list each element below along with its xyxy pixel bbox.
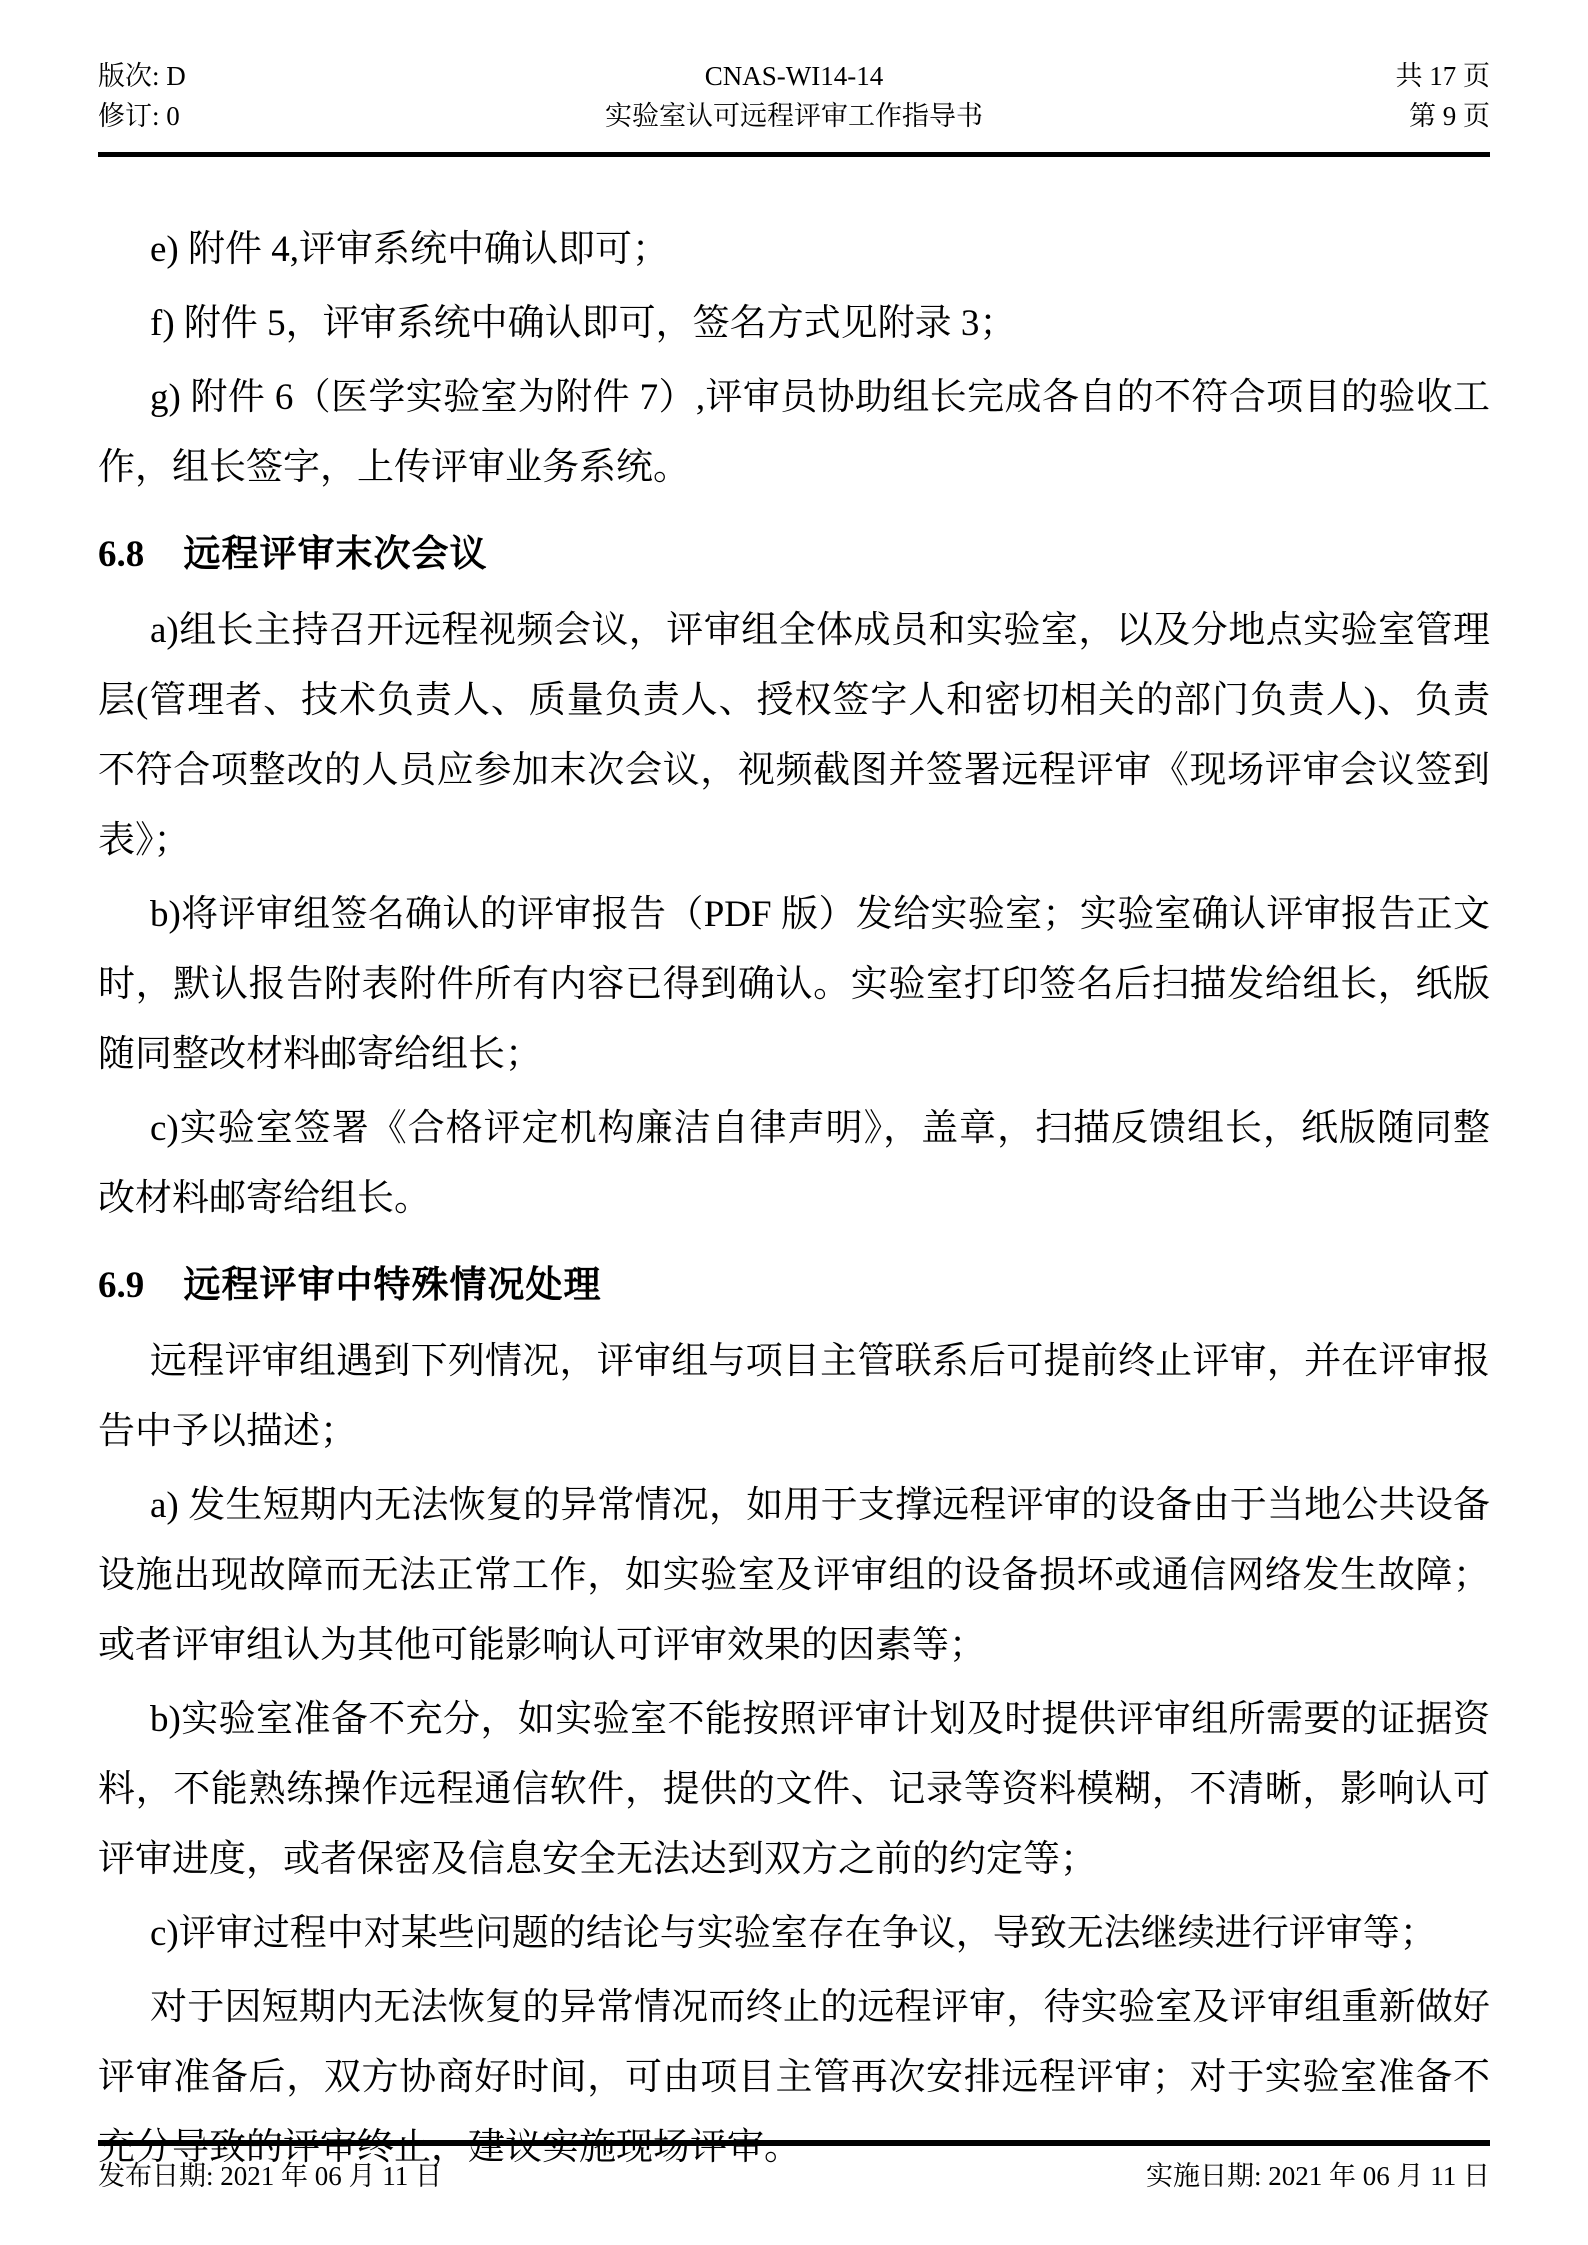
section-heading-6-8: 6.8 远程评审末次会议	[98, 519, 1490, 590]
header-doc-number: CNAS-WI14-14	[705, 56, 883, 96]
footer-divider	[98, 2140, 1490, 2146]
paragraph-6-9-final: 对于因短期内无法恢复的异常情况而终止的远程评审，待实验室及评审组重新做好评审准备…	[98, 1973, 1490, 2183]
header-pages-total: 共 17 页	[883, 56, 1490, 96]
header-divider	[98, 152, 1490, 157]
document-page: 版次: D CNAS-WI14-14 共 17 页 修订: 0 实验室认可远程评…	[0, 0, 1588, 2245]
header-row-1: 版次: D CNAS-WI14-14 共 17 页	[98, 56, 1490, 96]
section-heading-6-9: 6.9 远程评审中特殊情况处理	[98, 1250, 1490, 1321]
section-title-6-9: 远程评审中特殊情况处理	[184, 1264, 602, 1305]
paragraph-6-9-b: b)实验室准备不充分，如实验室不能按照评审计划及时提供评审组所需要的证据资料，不…	[98, 1685, 1490, 1895]
paragraph-6-8-c: c)实验室签署《合格评定机构廉洁自律声明》，盖章，扫描反馈组长，纸版随同整改材料…	[98, 1094, 1490, 1234]
section-number-6-8: 6.8	[98, 534, 144, 575]
paragraph-6-9-a: a) 发生短期内无法恢复的异常情况，如用于支撑远程评审的设备由于当地公共设备设施…	[98, 1471, 1490, 1681]
paragraph-6-9-c: c)评审过程中对某些问题的结论与实验室存在争议，导致无法继续进行评审等；	[98, 1899, 1490, 1969]
document-body: e) 附件 4,评审系统中确认即可； f) 附件 5，评审系统中确认即可，签名方…	[98, 215, 1490, 2187]
list-item-e: e) 附件 4,评审系统中确认即可；	[98, 215, 1490, 285]
footer-release-date: 发布日期: 2021 年 06 月 11 日	[98, 2156, 442, 2196]
section-number-6-9: 6.9	[98, 1265, 144, 1306]
page-footer: 发布日期: 2021 年 06 月 11 日 实施日期: 2021 年 06 月…	[98, 2156, 1490, 2196]
paragraph-6-8-b: b)将评审组签名确认的评审报告（PDF 版）发给实验室；实验室确认评审报告正文时…	[98, 880, 1490, 1090]
header-revision-label: 修订: 0	[98, 96, 605, 136]
paragraph-6-8-a: a)组长主持召开远程视频会议，评审组全体成员和实验室，以及分地点实验室管理层(管…	[98, 596, 1490, 876]
header-page-number: 第 9 页	[983, 96, 1490, 136]
header-row-2: 修订: 0 实验室认可远程评审工作指导书 第 9 页	[98, 96, 1490, 136]
page-header: 版次: D CNAS-WI14-14 共 17 页 修订: 0 实验室认可远程评…	[98, 56, 1490, 136]
header-version-label: 版次: D	[98, 56, 705, 96]
header-doc-title: 实验室认可远程评审工作指导书	[605, 96, 983, 136]
paragraph-6-9-intro: 远程评审组遇到下列情况，评审组与项目主管联系后可提前终止评审，并在评审报告中予以…	[98, 1327, 1490, 1467]
list-item-f: f) 附件 5，评审系统中确认即可，签名方式见附录 3；	[98, 289, 1490, 359]
list-item-g: g) 附件 6（医学实验室为附件 7）,评审员协助组长完成各自的不符合项目的验收…	[98, 363, 1490, 503]
footer-implement-date: 实施日期: 2021 年 06 月 11 日	[1146, 2156, 1490, 2196]
section-title-6-8: 远程评审末次会议	[184, 533, 488, 574]
